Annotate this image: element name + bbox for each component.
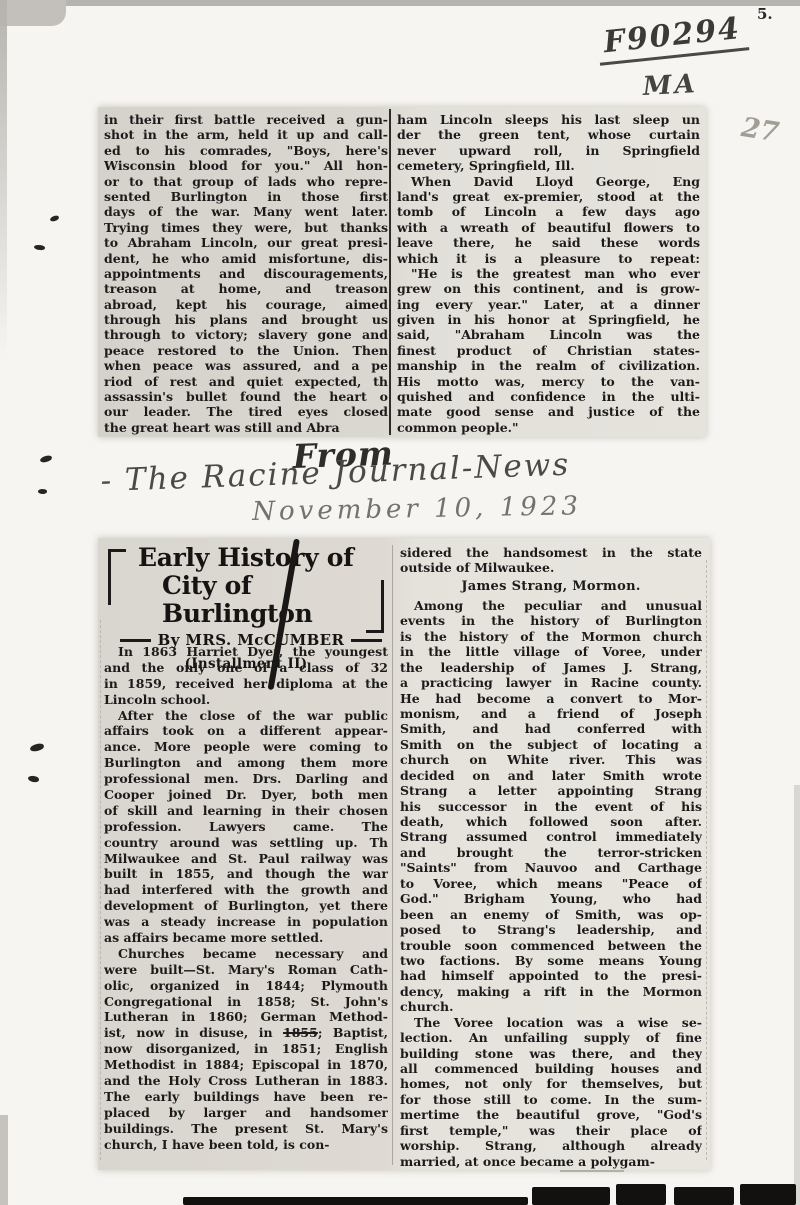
article-line: in 1859, received her diploma at the <box>104 676 388 692</box>
article-line: Churches became necessary and <box>104 946 388 962</box>
article-line: His motto was, mercy to the van- <box>397 374 700 389</box>
article-line: development of Burlington, yet there <box>104 898 388 914</box>
article-line: peace restored to the Union. Then <box>104 343 388 358</box>
article-line: The Voree location was a wise se- <box>400 1015 702 1030</box>
article-line: the leadership of James J. Strang, <box>400 660 702 675</box>
cutoff-headline-fragment <box>740 1184 796 1205</box>
article-line: built in 1855, and though the war <box>104 866 388 882</box>
column-subheading: James Strang, Mormon. <box>400 576 702 598</box>
article-line: of skill and learning in their chosen <box>104 803 388 819</box>
article-line: never upward roll, in Springfield <box>397 143 700 158</box>
bottom-clipping-column-rule <box>392 545 394 1165</box>
article-line: now disorganized, in 1851; English <box>104 1041 388 1057</box>
cutoff-headline-fragment <box>616 1184 666 1205</box>
article-line: were built—St. Mary's Roman Cath- <box>104 962 388 978</box>
article-line: first temple," was their place of <box>400 1123 702 1138</box>
article-line: our leader. The tired eyes closed <box>104 404 388 419</box>
article-line: death, which followed soon after. <box>400 814 702 829</box>
article-line: given in his honor at Springfield, he <box>397 312 700 327</box>
article-line: a practicing lawyer in Racine county. <box>400 675 702 690</box>
cutoff-headline-fragment <box>674 1187 734 1205</box>
article-headline-line2: City of Burlington <box>162 572 388 628</box>
article-headline-line1: Early History of <box>138 544 388 572</box>
article-line: Methodist in 1884; Episcopal in 1870, <box>104 1057 388 1073</box>
page-number: 5. <box>757 5 773 23</box>
article-line: olic, organized in 1844; Plymouth <box>104 978 388 994</box>
article-line: Smith on the subject of locating a <box>400 737 702 752</box>
article-line: the great heart was still and Abra <box>104 420 388 435</box>
article-line: homes, not only for themselves, but <box>400 1076 702 1091</box>
article-line: He had become a convert to Mor- <box>400 691 702 706</box>
article-line: dency, making a rift in the Mormon <box>400 984 702 999</box>
cutoff-headline-fragment <box>183 1197 528 1205</box>
handwritten-source-note-date: November 10, 1923 <box>252 491 582 527</box>
article-line: ed to his comrades, "Boys, here's <box>104 143 388 158</box>
scan-edge-left <box>0 0 7 360</box>
article-line: Congregational in 1858; St. John's <box>104 994 388 1010</box>
article-line: monism, and a friend of Joseph <box>400 706 702 721</box>
article-line: and brought the terror-stricken <box>400 845 702 860</box>
article-line: church, I have been told, is con- <box>104 1137 388 1153</box>
handwritten-source-note-journal: - The Racine Journal-News <box>100 447 571 499</box>
article-line: mate good sense and justice of the <box>397 404 700 419</box>
article-line: "He is the greatest man who ever <box>397 266 700 281</box>
article-line: mertime the beautiful grove, "God's <box>400 1107 702 1122</box>
top-clipping-column-rule <box>389 109 391 435</box>
article-line: been an enemy of Smith, was op- <box>400 907 702 922</box>
top-clipping-left-column: in their first battle received a gun-sho… <box>104 112 388 435</box>
article-line: profession. Lawyers came. The <box>104 819 388 835</box>
article-line: through to victory; slavery gone and <box>104 327 388 342</box>
article-line: his successor in the event of his <box>400 799 702 814</box>
article-line: affairs took on a different appear- <box>104 723 388 739</box>
article-line: When David Lloyd George, Eng <box>397 174 700 189</box>
article-line: Among the peculiar and unusual <box>400 598 702 613</box>
article-line: church on White river. This was <box>400 752 702 767</box>
article-line: Lincoln school. <box>104 692 388 708</box>
article-line: God." Brigham Young, who had <box>400 891 702 906</box>
ink-speck <box>29 743 44 752</box>
article-line: common people." <box>397 420 700 435</box>
article-line: in the little village of Voree, under <box>400 644 702 659</box>
article-line: cemetery, Springfield, Ill. <box>397 158 700 173</box>
ink-speck <box>27 775 39 783</box>
byline-rule-left <box>120 639 151 642</box>
article-line: for those still to come. In the sum- <box>400 1092 702 1107</box>
article-line: After the close of the war public <box>104 708 388 724</box>
bottom-clipping-right-edge <box>706 560 708 1160</box>
article-line: which it is a pleasure to repeat: <box>397 251 700 266</box>
article-line: outside of Milwaukee. <box>400 560 702 575</box>
article-line: ance. More people were coming to <box>104 739 388 755</box>
article-line: to Voree, which means "Peace of <box>400 876 702 891</box>
scan-edge-left-bottom <box>0 1115 8 1205</box>
bottom-clipping-right-column: sidered the handsomest in the stateoutsi… <box>400 545 702 1169</box>
article-line: church. <box>400 999 702 1014</box>
article-line: and the Holy Cross Lutheran in 1883. <box>104 1073 388 1089</box>
article-line: had interfered with the growth and <box>104 882 388 898</box>
article-line: In 1863 Harriet Dyer, the youngest <box>104 644 388 660</box>
cutoff-headline-fragment <box>532 1187 610 1205</box>
ink-speck <box>38 489 47 495</box>
article-line: posed to Strang's leadership, and <box>400 922 702 937</box>
article-line: Milwaukee and St. Paul railway was <box>104 851 388 867</box>
faint-pencil-dash <box>560 1170 624 1172</box>
bottom-clipping-left-edge <box>100 620 102 1160</box>
article-line: ham Lincoln sleeps his last sleep un <box>397 112 700 127</box>
article-line: two factions. By some means Young <box>400 953 702 968</box>
article-line: leave there, he said these words <box>397 235 700 250</box>
article-line: Strang assumed control immediately <box>400 829 702 844</box>
ink-speck <box>50 215 60 222</box>
article-line: sented Burlington in those first <box>104 189 388 204</box>
article-line: manship in the realm of civilization. <box>397 358 700 373</box>
article-line: decided on and later Smith wrote <box>400 768 702 783</box>
article-line: placed by larger and handsomer <box>104 1105 388 1121</box>
article-line: with a wreath of beautiful flowers to <box>397 220 700 235</box>
article-line: said, "Abraham Lincoln was the <box>397 327 700 342</box>
article-line: as affairs became more settled. <box>104 930 388 946</box>
article-line: abroad, kept his courage, aimed <box>104 297 388 312</box>
article-line: Burlington and among them more <box>104 755 388 771</box>
article-line: in their first battle received a gun- <box>104 112 388 127</box>
article-line: der the green tent, whose curtain <box>397 127 700 142</box>
top-clipping-right-column: ham Lincoln sleeps his last sleep under … <box>397 112 700 435</box>
article-line: country around was settling up. Th <box>104 835 388 851</box>
article-line: dent, he who amid misfortune, dis- <box>104 251 388 266</box>
article-line: worship. Strang, although already <box>400 1138 702 1153</box>
ink-speck <box>40 455 53 463</box>
article-line: Strang a letter appointing Strang <box>400 783 702 798</box>
scan-edge-right <box>794 785 800 1205</box>
article-line: through his plans and brought us <box>104 312 388 327</box>
article-line: when peace was assured, and a pe <box>104 358 388 373</box>
article-line: is the history of the Mormon church <box>400 629 702 644</box>
article-line: grew on this continent, and is grow- <box>397 281 700 296</box>
article-line: finest product of Christian states- <box>397 343 700 358</box>
article-line: all commenced building houses and <box>400 1061 702 1076</box>
bottom-clipping-left-column: In 1863 Harriet Dyer, the youngestand th… <box>104 644 388 1153</box>
article-line: shot in the arm, held it up and call- <box>104 127 388 142</box>
article-line: Trying times they were, but thanks <box>104 220 388 235</box>
article-line: and the only one of a class of 32 <box>104 660 388 676</box>
article-line: Cooper joined Dr. Dyer, both men <box>104 787 388 803</box>
article-line: assassin's bullet found the heart o <box>104 389 388 404</box>
scan-edge-top <box>0 0 800 6</box>
pencil-number: 27 <box>739 112 781 148</box>
article-line: ing every year." Later, at a dinner <box>397 297 700 312</box>
article-line: trouble soon commenced between the <box>400 938 702 953</box>
article-line: professional men. Drs. Darling and <box>104 771 388 787</box>
handwritten-catalog-sub: MA <box>642 69 698 102</box>
article-line: Smith, and had conferred with <box>400 721 702 736</box>
article-line: buildings. The present St. Mary's <box>104 1121 388 1137</box>
article-line: to Abraham Lincoln, our great presi- <box>104 235 388 250</box>
scanned-archive-page: 5. F90294 MA 27 in their first battle re… <box>0 0 800 1205</box>
ink-speck <box>34 244 46 251</box>
article-line: sidered the handsomest in the state <box>400 545 702 560</box>
handwritten-catalog-code: F90294 <box>596 10 749 65</box>
article-line: days of the war. Many went later. <box>104 204 388 219</box>
article-line: building stone was there, and they <box>400 1046 702 1061</box>
article-line: Lutheran in 1860; German Method- <box>104 1009 388 1025</box>
article-line: ist, now in disuse, in 1855; Baptist, <box>104 1025 388 1041</box>
article-line: tomb of Lincoln a few days ago <box>397 204 700 219</box>
article-line: was a steady increase in population <box>104 914 388 930</box>
article-line: riod of rest and quiet expected, th <box>104 374 388 389</box>
article-line: lection. An unfailing supply of fine <box>400 1030 702 1045</box>
article-line: married, at once became a polygam- <box>400 1154 702 1169</box>
byline-rule-right <box>351 639 382 642</box>
article-line: or to that group of lads who repre- <box>104 174 388 189</box>
article-line: Wisconsin blood for you." All hon- <box>104 158 388 173</box>
article-line: treason at home, and treason <box>104 281 388 296</box>
article-line: land's great ex-premier, stood at the <box>397 189 700 204</box>
article-line: events in the history of Burlington <box>400 613 702 628</box>
article-line: "Saints" from Nauvoo and Carthage <box>400 860 702 875</box>
scan-edge-corner <box>0 0 66 26</box>
article-line: The early buildings have been re- <box>104 1089 388 1105</box>
article-line: appointments and discouragements, <box>104 266 388 281</box>
article-line: had himself appointed to the presi- <box>400 968 702 983</box>
article-line: quished and confidence in the ulti- <box>397 389 700 404</box>
